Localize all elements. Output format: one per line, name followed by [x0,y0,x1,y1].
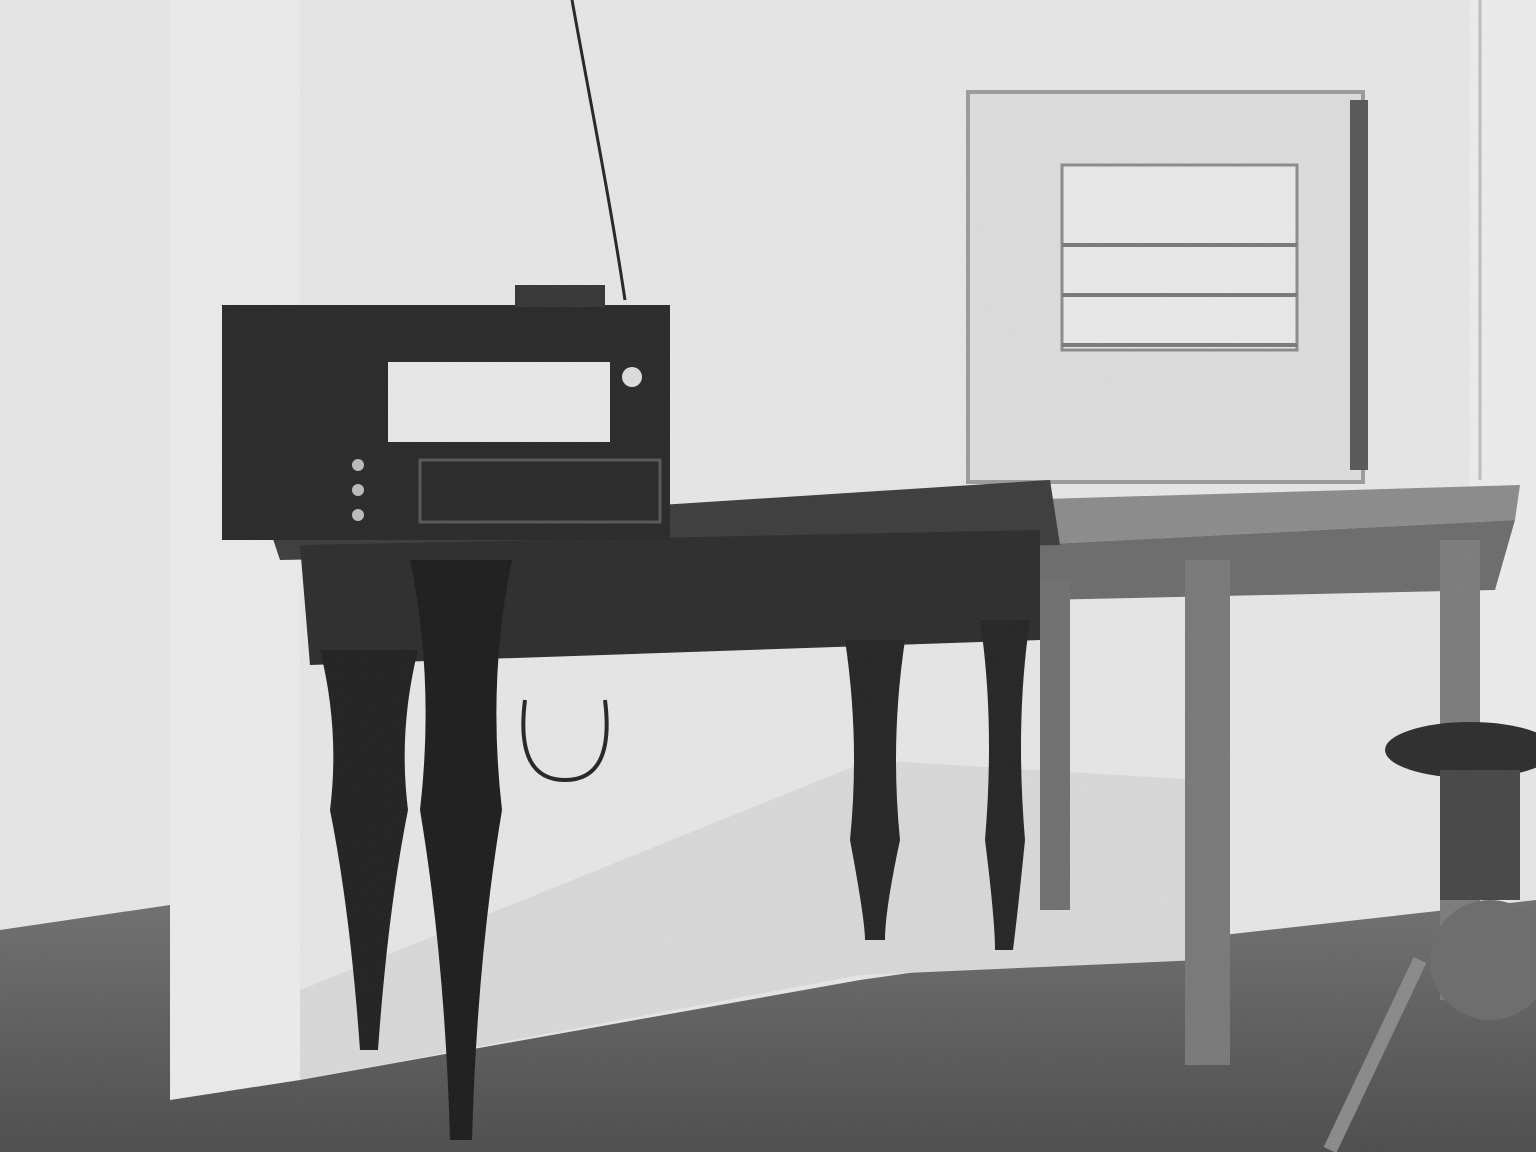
photograph [0,0,1536,1152]
